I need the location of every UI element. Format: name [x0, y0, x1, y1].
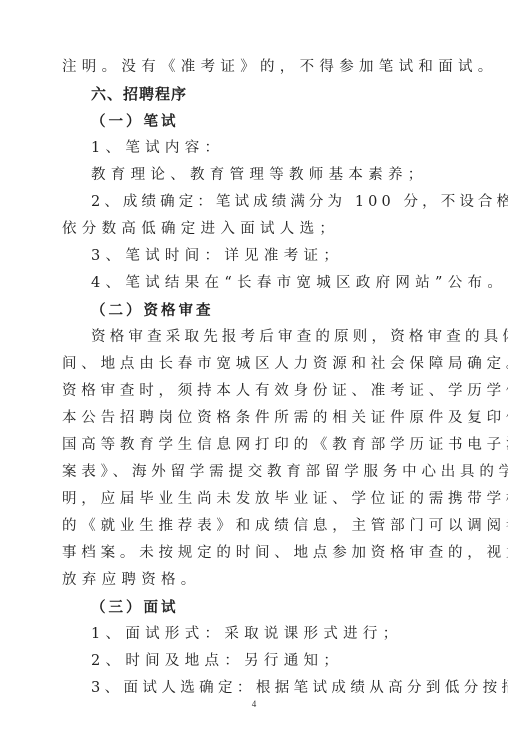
- paragraph-line: 2、时间及地点：另行通知；: [62, 648, 452, 675]
- subsection-heading-qualification-review: （二）资格审查: [62, 297, 452, 324]
- paragraph-line: 资格审查采取先报考后审查的原则，资格审查的具体时: [62, 324, 452, 351]
- paragraph-line: 事档案。未按规定的时间、地点参加资格审查的，视为自动: [62, 540, 452, 567]
- paragraph-line: 1、面试形式：采取说课形式进行；: [62, 621, 452, 648]
- paragraph-line: 2、成绩确定：笔试成绩满分为 100 分，不设合格线，: [62, 189, 452, 216]
- paragraph-line: 4、笔试结果在“长春市宽城区政府网站”公布。: [62, 270, 452, 297]
- paragraph-line: 放弃应聘资格。: [62, 567, 452, 594]
- paragraph-line: 注明。没有《准考证》的，不得参加笔试和面试。: [62, 54, 452, 81]
- section-heading-recruitment-procedure: 六、招聘程序: [62, 81, 452, 108]
- paragraph-line: 间、地点由长春市宽城区人力资源和社会保障局确定。参加: [62, 351, 452, 378]
- paragraph-line: 本公告招聘岗位资格条件所需的相关证件原件及复印件、中: [62, 405, 452, 432]
- page-number: 4: [0, 699, 508, 709]
- paragraph-line: 的《就业生推荐表》和成绩信息，主管部门可以调阅考生人: [62, 513, 452, 540]
- paragraph-line: 明，应届毕业生尚未发放毕业证、学位证的需携带学校出具: [62, 486, 452, 513]
- document-page: 注明。没有《准考证》的，不得参加笔试和面试。 六、招聘程序 （一）笔试 1、笔试…: [0, 0, 508, 729]
- subsection-heading-interview: （三）面试: [62, 594, 452, 621]
- paragraph-line: 国高等教育学生信息网打印的《教育部学历证书电子注册备: [62, 432, 452, 459]
- paragraph-line: 3、面试人选确定：根据笔试成绩从高分到低分按招聘: [62, 675, 452, 702]
- paragraph-line: 1、笔试内容：: [62, 135, 452, 162]
- paragraph-line: 案表》、海外留学需提交教育部留学服务中心出具的学历证: [62, 459, 452, 486]
- paragraph-line: 3、笔试时间：详见准考证；: [62, 243, 452, 270]
- paragraph-line: 依分数高低确定进入面试人选；: [62, 216, 452, 243]
- subsection-heading-written-exam: （一）笔试: [62, 108, 452, 135]
- document-body: 注明。没有《准考证》的，不得参加笔试和面试。 六、招聘程序 （一）笔试 1、笔试…: [62, 54, 452, 702]
- paragraph-line: 教育理论、教育管理等教师基本素养；: [62, 162, 452, 189]
- paragraph-line: 资格审查时，须持本人有效身份证、准考证、学历学位证、: [62, 378, 452, 405]
